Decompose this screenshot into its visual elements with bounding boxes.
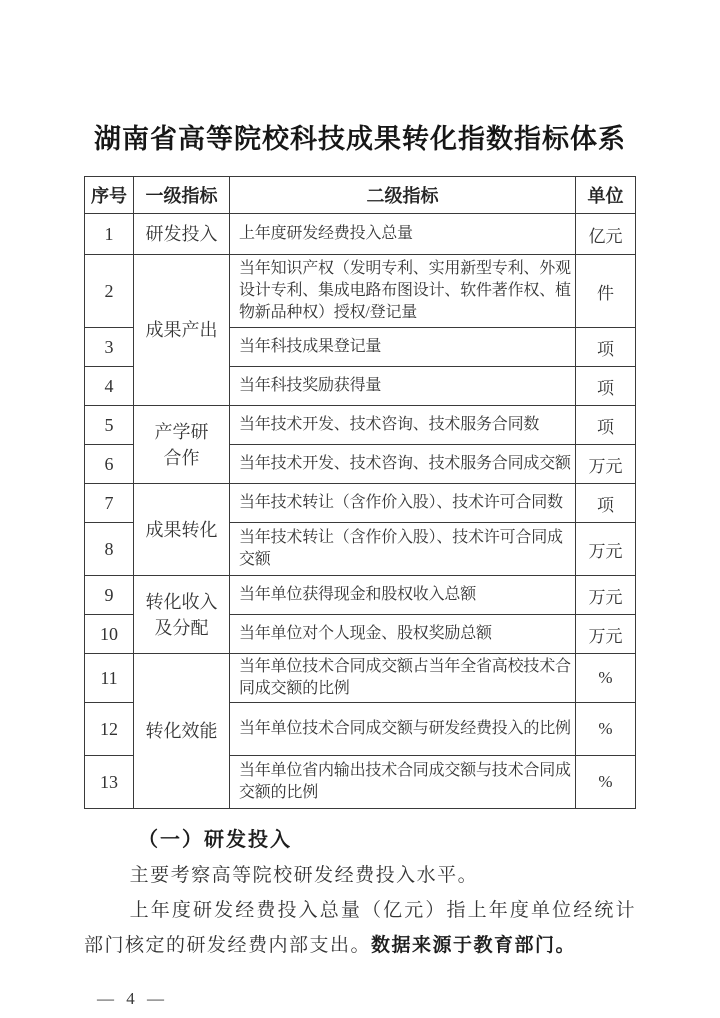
page-number: — 4 —	[97, 989, 720, 1009]
unit-cell: %	[576, 756, 636, 809]
table-row: 5 产学研 合作 当年技术开发、技术咨询、技术服务合同数 项	[85, 406, 636, 445]
paragraph-definition: 上年度研发经费投入总量（亿元）指上年度单位经统计部门核定的研发经费内部支出。数据…	[84, 893, 636, 963]
indicator-table: 序号 一级指标 二级指标 单位 1 研发投入 上年度研发经费投入总量 亿元 2 …	[84, 176, 636, 809]
unit-cell: %	[576, 654, 636, 703]
section-research-investment: （一）研发投入 主要考察高等院校研发经费投入水平。 上年度研发经费投入总量（亿元…	[84, 823, 636, 963]
column-header-no: 序号	[85, 177, 134, 214]
column-header-unit: 单位	[576, 177, 636, 214]
level2-indicator-cell: 当年单位技术合同成交额与研发经费投入的比例	[230, 703, 576, 756]
unit-cell: %	[576, 703, 636, 756]
level2-indicator-cell: 当年单位对个人现金、股权奖励总额	[230, 615, 576, 654]
level2-indicator-cell: 当年技术转让（含作价入股）、技术许可合同成交额	[230, 523, 576, 576]
unit-cell: 项	[576, 367, 636, 406]
level1-indicator-cell: 转化效能	[134, 654, 230, 809]
level2-indicator-cell: 当年技术转让（含作价入股）、技术许可合同数	[230, 484, 576, 523]
page-title: 湖南省高等院校科技成果转化指数指标体系	[0, 0, 720, 158]
row-number-cell: 3	[85, 328, 134, 367]
column-header-level1: 一级指标	[134, 177, 230, 214]
data-source-note: 数据来源于教育部门。	[371, 935, 576, 956]
level2-indicator-cell: 当年科技成果登记量	[230, 328, 576, 367]
column-header-level2: 二级指标	[230, 177, 576, 214]
row-number-cell: 1	[85, 214, 134, 255]
level2-indicator-cell: 当年科技奖励获得量	[230, 367, 576, 406]
level1-indicator-cell: 转化收入 及分配	[134, 576, 230, 654]
level1-indicator-cell: 研发投入	[134, 214, 230, 255]
row-number-cell: 5	[85, 406, 134, 445]
level1-indicator-cell: 成果转化	[134, 484, 230, 576]
table-row: 2 成果产出 当年知识产权（发明专利、实用新型专利、外观设计专利、集成电路布图设…	[85, 255, 636, 328]
row-number-cell: 11	[85, 654, 134, 703]
unit-cell: 项	[576, 328, 636, 367]
unit-cell: 万元	[576, 445, 636, 484]
unit-cell: 万元	[576, 523, 636, 576]
row-number-cell: 8	[85, 523, 134, 576]
unit-cell: 项	[576, 484, 636, 523]
table-header-row: 序号 一级指标 二级指标 单位	[85, 177, 636, 214]
document-page: 湖南省高等院校科技成果转化指数指标体系 序号 一级指标 二级指标 单位 1 研发…	[0, 0, 720, 1018]
table-row: 9 转化收入 及分配 当年单位获得现金和股权收入总额 万元	[85, 576, 636, 615]
section-heading: （一）研发投入	[138, 823, 636, 858]
level2-indicator-cell: 当年单位技术合同成交额占当年全省高校技术合同成交额的比例	[230, 654, 576, 703]
row-number-cell: 4	[85, 367, 134, 406]
unit-cell: 亿元	[576, 214, 636, 255]
level2-indicator-cell: 上年度研发经费投入总量	[230, 214, 576, 255]
table-row: 1 研发投入 上年度研发经费投入总量 亿元	[85, 214, 636, 255]
unit-cell: 件	[576, 255, 636, 328]
table-row: 11 转化效能 当年单位技术合同成交额占当年全省高校技术合同成交额的比例 %	[85, 654, 636, 703]
row-number-cell: 12	[85, 703, 134, 756]
unit-cell: 万元	[576, 576, 636, 615]
level2-indicator-cell: 当年技术开发、技术咨询、技术服务合同成交额	[230, 445, 576, 484]
level2-indicator-cell: 当年知识产权（发明专利、实用新型专利、外观设计专利、集成电路布图设计、软件著作权…	[230, 255, 576, 328]
row-number-cell: 9	[85, 576, 134, 615]
level2-indicator-cell: 当年单位获得现金和股权收入总额	[230, 576, 576, 615]
level2-indicator-cell: 当年技术开发、技术咨询、技术服务合同数	[230, 406, 576, 445]
row-number-cell: 2	[85, 255, 134, 328]
row-number-cell: 13	[85, 756, 134, 809]
unit-cell: 万元	[576, 615, 636, 654]
row-number-cell: 10	[85, 615, 134, 654]
unit-cell: 项	[576, 406, 636, 445]
level2-indicator-cell: 当年单位省内输出技术合同成交额与技术合同成交额的比例	[230, 756, 576, 809]
row-number-cell: 7	[85, 484, 134, 523]
table-row: 7 成果转化 当年技术转让（含作价入股）、技术许可合同数 项	[85, 484, 636, 523]
row-number-cell: 6	[85, 445, 134, 484]
paragraph-overview: 主要考察高等院校研发经费投入水平。	[84, 858, 636, 893]
level1-indicator-cell: 成果产出	[134, 255, 230, 406]
level1-indicator-cell: 产学研 合作	[134, 406, 230, 484]
